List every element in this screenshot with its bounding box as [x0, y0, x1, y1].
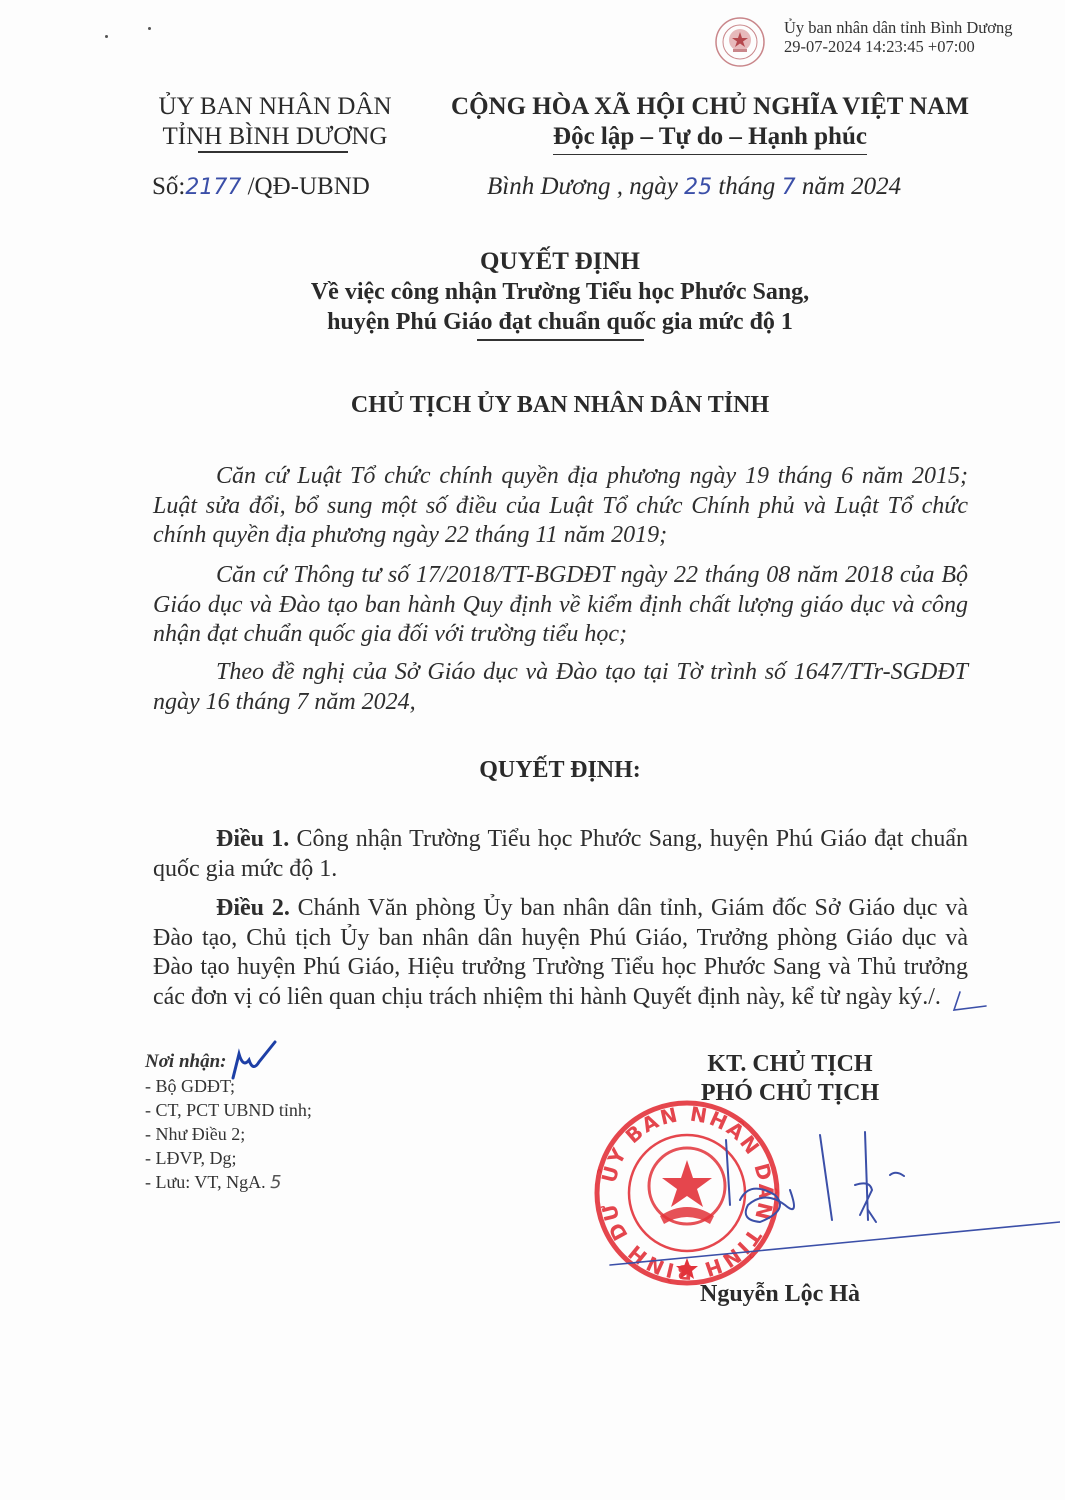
title-underline [477, 339, 644, 341]
handwritten-day: 25 [684, 175, 712, 200]
national-motto: Độc lập – Tự do – Hạnh phúc [553, 122, 867, 155]
preamble-2: Căn cứ Thông tư số 17/2018/TT-BGDĐT ngày… [153, 561, 968, 650]
initials-mark-icon [225, 1038, 285, 1088]
scan-speck [148, 27, 151, 30]
signer-line-1: KT. CHỦ TỊCH [640, 1050, 940, 1079]
article-2-label: Điều 2. [216, 895, 290, 921]
digital-signature-signer: Ủy ban nhân dân tỉnh Bình Dương [784, 18, 1012, 37]
document-number: Số:2177 /QĐ-UBND [152, 173, 370, 201]
digital-signature-timestamp: 29-07-2024 14:23:45 +07:00 [784, 37, 1012, 56]
digital-signature-info: Ủy ban nhân dân tỉnh Bình Dương 29-07-20… [784, 18, 1012, 56]
handwritten-month: 7 [782, 175, 796, 200]
national-title: CỘNG HÒA XÃ HỘI CHỦ NGHĨA VIỆT NAM Độc l… [450, 92, 970, 155]
recipient-item: - LĐVP, Dg; [145, 1146, 312, 1170]
country-name: CỘNG HÒA XÃ HỘI CHỦ NGHĨA VIỆT NAM [450, 92, 970, 122]
recipient-item: - Lưu: VT, NgA. 5 [145, 1170, 312, 1195]
issue-place-date: Bình Dương , ngày 25 tháng 7 năm 2024 [487, 173, 901, 201]
agency-underline [198, 151, 348, 153]
national-emblem-icon [714, 16, 766, 68]
agency-line-1: ỦY BAN NHÂN DÂN [140, 92, 410, 122]
doc-type: QUYẾT ĐỊNH [150, 247, 970, 277]
number-prefix: Số: [152, 173, 185, 200]
recipient-item: - Như Điều 2; [145, 1122, 312, 1146]
year-label: năm 2024 [802, 173, 901, 200]
issuing-agency: ỦY BAN NHÂN DÂN TỈNH BÌNH DƯƠNG [140, 92, 410, 152]
handwritten-number: 2177 [185, 175, 241, 200]
preamble-1: Căn cứ Luật Tổ chức chính quyền địa phươ… [153, 462, 968, 551]
agency-line-2: TỈNH BÌNH DƯƠNG [140, 122, 410, 152]
document-title: QUYẾT ĐỊNH Về việc công nhận Trường Tiểu… [150, 247, 970, 337]
handwritten-tick-icon [940, 988, 990, 1018]
month-label: tháng [718, 173, 775, 200]
handwritten-signature-icon [600, 1110, 1060, 1290]
article-1-label: Điều 1. [216, 826, 289, 852]
issuing-authority: CHỦ TỊCH ỦY BAN NHÂN DÂN TỈNH [150, 392, 970, 419]
article-1: Điều 1. Công nhận Trường Tiểu học Phước … [153, 825, 968, 884]
issue-place: Bình Dương , ngày [487, 173, 678, 200]
subject-line-1: Về việc công nhận Trường Tiểu học Phước … [150, 277, 970, 307]
scan-speck [105, 35, 108, 38]
handwritten-copies: 5 [270, 1172, 281, 1193]
signer-name: Nguyễn Lộc Hà [640, 1281, 920, 1308]
article-2: Điều 2. Chánh Văn phòng Ủy ban nhân dân … [153, 894, 968, 1012]
preamble-3: Theo đề nghị của Sở Giáo dục và Đào tạo … [153, 658, 968, 717]
recipient-item: - CT, PCT UBND tỉnh; [145, 1098, 312, 1122]
decision-heading: QUYẾT ĐỊNH: [150, 757, 970, 784]
number-suffix: /QĐ-UBND [248, 173, 370, 200]
subject-line-2: huyện Phú Giáo đạt chuẩn quốc gia mức độ… [150, 307, 970, 337]
